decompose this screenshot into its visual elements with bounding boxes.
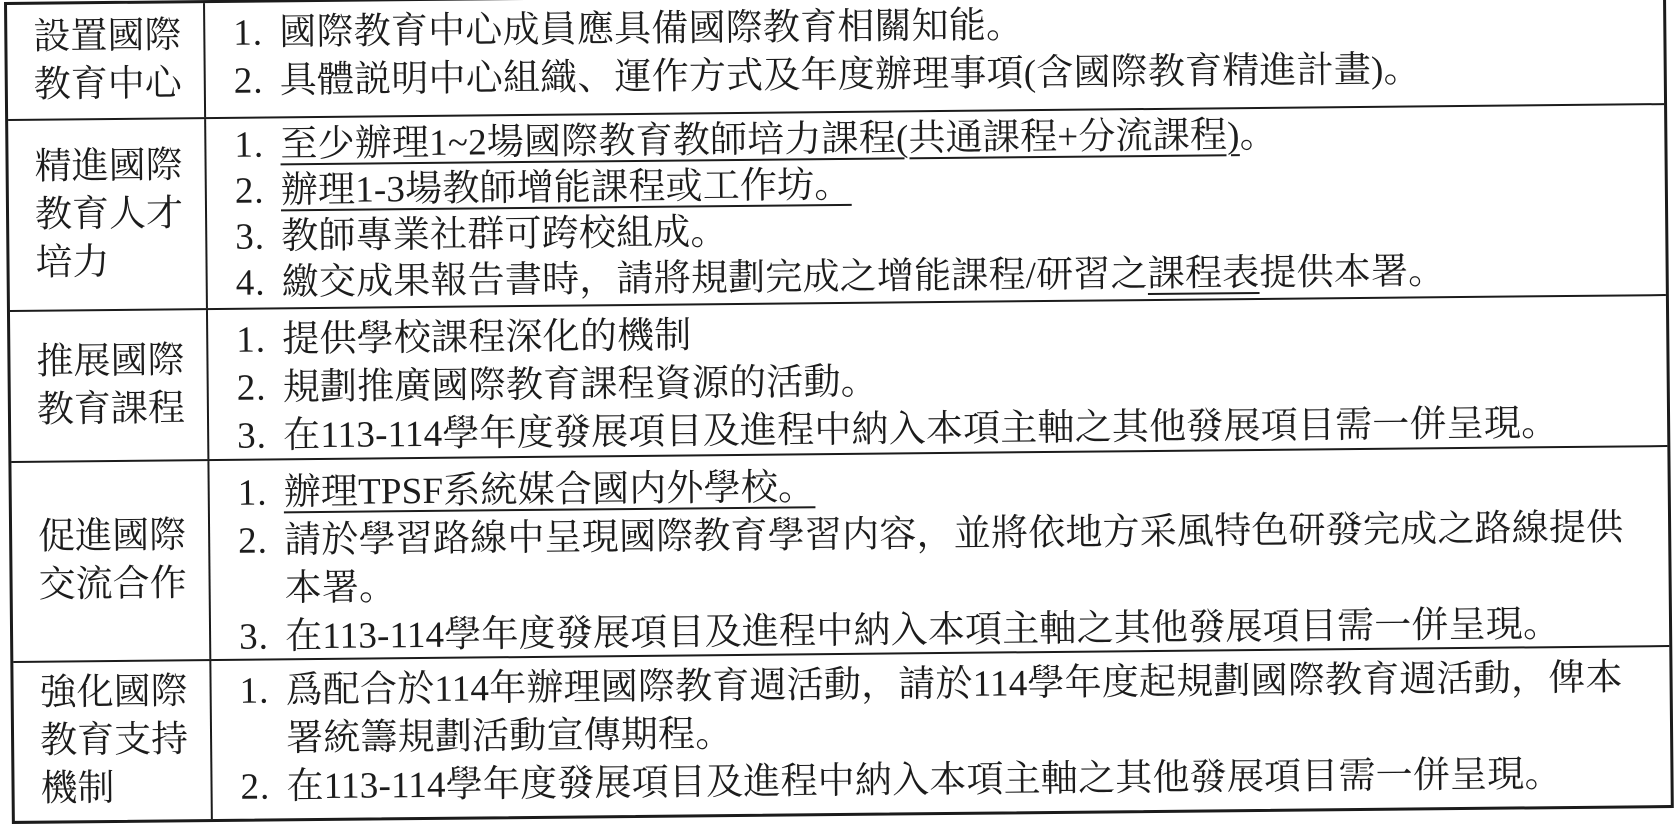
item-number: 3.	[237, 412, 283, 459]
table-row: 推展國際教育課程1.提供學校課程深化的機制2.規劃推廣國際教育課程資源的活動。3…	[10, 294, 1667, 461]
table-row: 強化國際教育支持機制1.爲配合於114年辦理國際教育週活動，請於114學年度起規…	[13, 645, 1670, 821]
row-header-line: 設置國際	[33, 12, 197, 62]
item-number: 1.	[236, 316, 282, 364]
item-number: 4.	[235, 260, 281, 306]
row-header-line: 教育中心	[34, 60, 198, 110]
row-header-line: 促進國際	[38, 512, 202, 562]
row-header-cell: 設置國際教育中心	[7, 3, 206, 119]
list-item: 2.請於學習路線中呈現國際教育學習内容，並將依地方采風特色研發完成之路線提供本署…	[238, 504, 1659, 614]
item-text-segment: 提供本署。	[1259, 251, 1445, 294]
row-header-cell: 促進國際交流合作	[11, 461, 211, 661]
item-text-segment: 具體説明中心組織、運作方式及年度辦理事項(含國際教育精進計畫)。	[280, 49, 1421, 101]
row-header-cell: 推展國際教育課程	[10, 310, 209, 461]
item-text-segment: 繳交成果報告書時，請將規劃完成之增能課程/研習之	[282, 254, 1148, 303]
item-text-underlined-segment: 至少辦理1~2場國際教育教師培力課程(共通課程+分流課程)	[280, 115, 1240, 165]
item-text-segment: 提供學校課程深化的機制	[282, 315, 692, 360]
item-number: 1.	[233, 9, 279, 57]
item-text-segment: 國際教育中心成員應具備國際教育相關知能。	[279, 5, 1023, 53]
table-row: 設置國際教育中心1.國際教育中心成員應具備國際教育相關知能。2.具體説明中心組織…	[7, 0, 1664, 119]
item-text-segment: 在113-114學年度發展項目及進程中納入本項主軸之其他發展項目需一併呈現。	[286, 754, 1562, 807]
item-number: 1.	[239, 667, 285, 715]
item-number: 1.	[234, 122, 280, 168]
row-items-cell: 1.爲配合於114年辦理國際教育週活動，請於114學年度起規劃國際教育週活動，俾…	[211, 647, 1670, 819]
item-text-underlined-segment: 辦理1-3場教師增能課程或工作坊。	[281, 165, 852, 211]
requirements-table: 設置國際教育中心1.國際教育中心成員應具備國際教育相關知能。2.具體説明中心組織…	[4, 0, 1674, 824]
row-items-cell: 1.提供學校課程深化的機制2.規劃推廣國際教育課程資源的活動。3.在113-11…	[208, 296, 1667, 459]
row-header-line: 推展國際	[36, 337, 200, 387]
item-text-underlined-segment: 課程表	[1148, 253, 1260, 295]
item-number: 2.	[238, 517, 284, 565]
item-number: 2.	[240, 763, 286, 811]
row-items-cell: 1.國際教育中心成員應具備國際教育相關知能。2.具體説明中心組織、運作方式及年度…	[205, 0, 1664, 117]
item-text: 請於學習路線中呈現國際教育學習内容，並將依地方采風特色研發完成之路線提供本署。	[284, 504, 1659, 613]
item-number: 3.	[239, 613, 285, 659]
item-number: 2.	[236, 364, 282, 412]
table-row: 促進國際交流合作1.辦理TPSF系統媒合國内外學校。2.請於學習路線中呈現國際教…	[11, 445, 1669, 661]
item-text-segment: 。	[1239, 115, 1277, 156]
item-text-segment: 請於學習路線中呈現國際教育學習内容，並將依地方采風特色研發完成之路線提供本署。	[284, 507, 1624, 609]
row-header-line: 教育支持	[40, 716, 204, 766]
row-header-line: 教育課程	[37, 385, 201, 435]
list-item: 1.爲配合於114年辦理國際教育週活動，請於114學年度起規劃國際教育週活動，俾…	[239, 654, 1660, 764]
item-text-segment: 爲配合於114年辦理國際教育週活動，請於114學年度起規劃國際教育週活動，俾本署…	[285, 657, 1622, 759]
row-header-line: 培力	[35, 238, 199, 288]
row-header-line: 精進國際	[34, 142, 198, 192]
item-text-underlined-segment: 辦理TPSF系統媒合國内外學校。	[284, 467, 816, 513]
item-number: 3.	[235, 214, 281, 260]
row-header-line: 強化國際	[39, 668, 203, 718]
item-number: 2.	[235, 168, 281, 214]
item-number: 2.	[234, 57, 280, 105]
item-text-segment: 教師專業社群可跨校組成。	[281, 212, 728, 257]
row-header-cell: 精進國際教育人才培力	[8, 119, 208, 310]
item-number: 1.	[238, 469, 284, 517]
row-header-line: 教育人才	[35, 190, 199, 240]
row-items-cell: 1.辦理TPSF系統媒合國内外學校。2.請於學習路線中呈現國際教育學習内容，並將…	[209, 447, 1669, 659]
table-row: 精進國際教育人才培力1.至少辦理1~2場國際教育教師培力課程(共通課程+分流課程…	[8, 103, 1666, 310]
row-header-line: 交流合作	[38, 560, 202, 610]
item-text-segment: 規劃推廣國際教育課程資源的活動。	[283, 362, 879, 409]
row-items-cell: 1.至少辦理1~2場國際教育教師培力課程(共通課程+分流課程)。2.辦理1-3場…	[206, 105, 1666, 308]
row-header-cell: 強化國際教育支持機制	[13, 661, 213, 821]
item-text: 爲配合於114年辦理國際教育週活動，請於114學年度起規劃國際教育週活動，俾本署…	[285, 654, 1660, 763]
row-header-line: 機制	[40, 764, 204, 814]
